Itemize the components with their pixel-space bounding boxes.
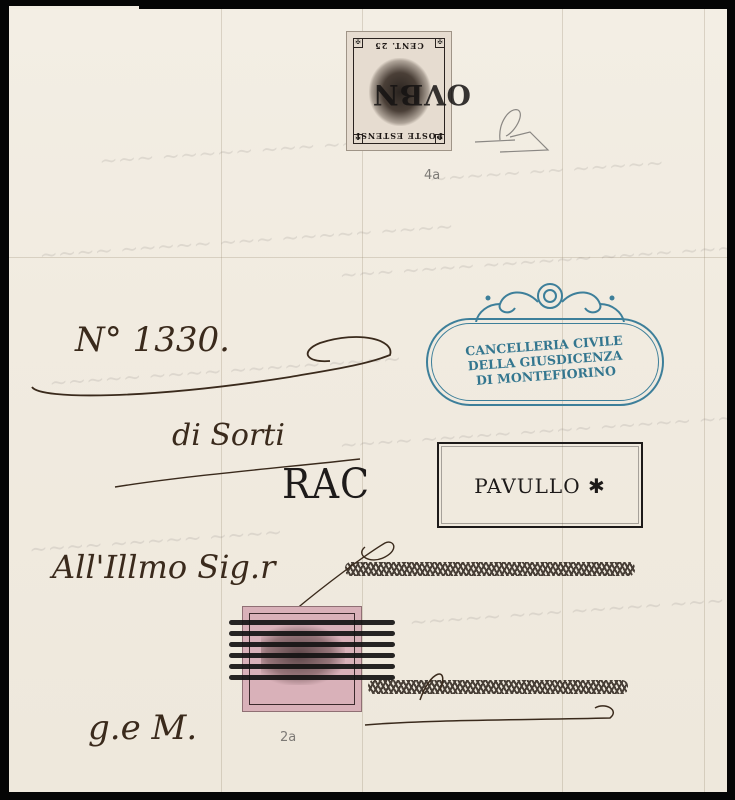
cachet-line: DELLA GIUSDICENZA xyxy=(428,345,662,376)
stamp-value: CENT. 25 xyxy=(347,41,451,51)
stamp-issuer: POSTE ESTENSI xyxy=(347,131,451,141)
show-through-text: ~~~~~ ~~ ~~~~~ xyxy=(428,151,664,192)
rac-handstamp: RAC xyxy=(282,460,370,508)
pencil-mark-icon xyxy=(470,102,555,154)
pavullo-handstamp: PAVULLO ✱ xyxy=(437,442,643,528)
manuscript-line: di Sorti xyxy=(172,418,285,453)
show-through-text: ~~~~~ ~~~ ~~~~~ ~~~~ xyxy=(409,587,727,635)
pavullo-text: PAVULLO ✱ xyxy=(439,474,641,498)
pencil-catalog-note: 2a xyxy=(280,730,296,745)
cachet-line: DI MONTEFIORINO xyxy=(429,360,663,391)
stamp-overprint: OVBN xyxy=(372,78,471,111)
flourish-icon xyxy=(360,660,640,740)
flourish-icon xyxy=(30,325,400,405)
flourish-icon xyxy=(285,535,405,615)
cachet-line: CANCELLERIA CIVILE xyxy=(427,330,661,361)
fold-line xyxy=(704,9,705,792)
pencil-catalog-note: 4a xyxy=(424,168,440,183)
address-salutation: All'Illmo Sig.r xyxy=(52,548,275,586)
cachet-text: CANCELLERIA CIVILE DELLA GIUSDICENZA DI … xyxy=(427,330,664,391)
cancelleria-cachet: CANCELLERIA CIVILE DELLA GIUSDICENZA DI … xyxy=(426,318,664,406)
cachet-ornament-icon xyxy=(470,280,630,322)
manuscript-bottom: g.e M. xyxy=(88,708,197,748)
